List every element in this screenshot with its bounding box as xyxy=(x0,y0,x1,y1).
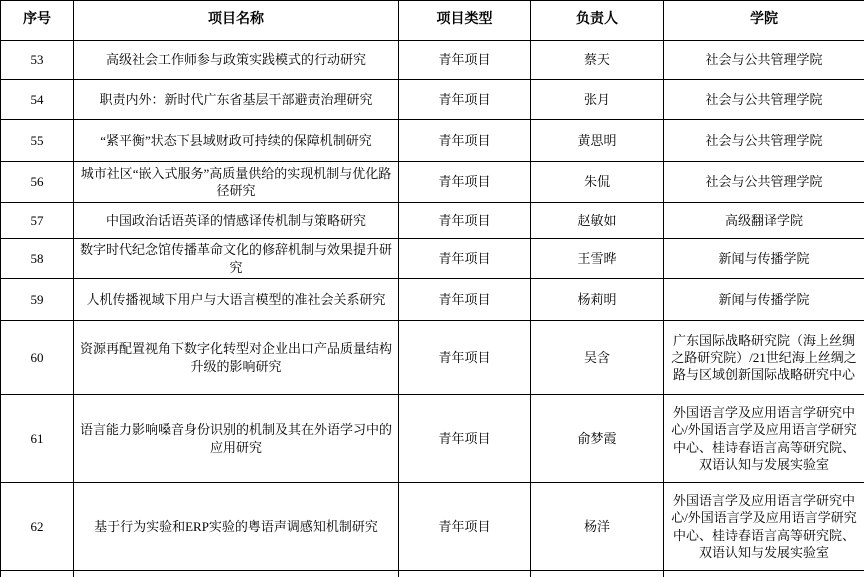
column-header-no: 序号 xyxy=(1,1,74,41)
table-row: 60资源再配置视角下数字化转型对企业出口产品质量结构升级的影响研究青年项目吴含广… xyxy=(1,321,864,395)
cell-name: “紧平衡”状态下县域财政可持续的保障机制研究 xyxy=(74,120,399,162)
cell-college: 广东国际战略研究院（海上丝绸之路研究院）/21世纪海上丝绸之路与区域创新国际战略… xyxy=(664,321,864,395)
cell-college: 新闻与传播学院 xyxy=(664,239,864,279)
table-row: 58数字时代纪念馆传播革命文化的修辞机制与效果提升研究青年项目王雪晔新闻与传播学… xyxy=(1,239,864,279)
cell-name: 数字时代纪念馆传播革命文化的修辞机制与效果提升研究 xyxy=(74,239,399,279)
cell-type: 青年项目 xyxy=(399,41,531,80)
cell-name: 中国政治话语英译的情感译传机制与策略研究 xyxy=(74,203,399,239)
table-body: 53高级社会工作师参与政策实践模式的行动研究青年项目蔡天社会与公共管理学院54职… xyxy=(1,41,864,577)
cell-college: 社会与公共管理学院 xyxy=(664,41,864,80)
cell-no: 58 xyxy=(1,239,74,279)
cell-leader: 杨莉明 xyxy=(531,279,664,321)
cell-leader: 王雪晔 xyxy=(531,239,664,279)
cell-no: 57 xyxy=(1,203,74,239)
cell-type: 青年项目 xyxy=(399,239,531,279)
column-header-leader: 负责人 xyxy=(531,1,664,41)
table-row: 56城市社区“嵌入式服务”高质量供给的实现机制与优化路径研究青年项目朱侃社会与公… xyxy=(1,162,864,203)
cell-type: 青年项目 xyxy=(399,162,531,203)
cell-type: 青年项目 xyxy=(399,80,531,120)
cell-empty xyxy=(74,571,399,577)
cell-leader: 杨洋 xyxy=(531,483,664,571)
cell-leader: 俞梦霞 xyxy=(531,395,664,483)
cell-college: 外国语言学及应用语言学研究中心/外国语言学及应用语言学研究中心、桂诗春语言高等研… xyxy=(664,483,864,571)
cell-name: 人机传播视域下用户与大语言模型的准社会关系研究 xyxy=(74,279,399,321)
column-header-college: 学院 xyxy=(664,1,864,41)
table-row-partial xyxy=(1,571,864,577)
cell-type: 青年项目 xyxy=(399,321,531,395)
table-row: 62基于行为实验和ERP实验的粤语声调感知机制研究青年项目杨洋外国语言学及应用语… xyxy=(1,483,864,571)
table-row: 61语言能力影响嗓音身份识别的机制及其在外语学习中的应用研究青年项目俞梦霞外国语… xyxy=(1,395,864,483)
column-header-name: 项目名称 xyxy=(74,1,399,41)
cell-type: 青年项目 xyxy=(399,483,531,571)
cell-name: 语言能力影响嗓音身份识别的机制及其在外语学习中的应用研究 xyxy=(74,395,399,483)
cell-name: 基于行为实验和ERP实验的粤语声调感知机制研究 xyxy=(74,483,399,571)
cell-no: 59 xyxy=(1,279,74,321)
cell-no: 53 xyxy=(1,41,74,80)
column-header-type: 项目类型 xyxy=(399,1,531,41)
cell-type: 青年项目 xyxy=(399,395,531,483)
cell-empty xyxy=(1,571,74,577)
project-list-table: 序号 项目名称 项目类型 负责人 学院 53高级社会工作师参与政策实践模式的行动… xyxy=(0,0,864,577)
cell-empty xyxy=(664,571,864,577)
cell-type: 青年项目 xyxy=(399,120,531,162)
cell-no: 55 xyxy=(1,120,74,162)
table-row: 55“紧平衡”状态下县域财政可持续的保障机制研究青年项目黄思明社会与公共管理学院 xyxy=(1,120,864,162)
cell-name: 城市社区“嵌入式服务”高质量供给的实现机制与优化路径研究 xyxy=(74,162,399,203)
table-header-row: 序号 项目名称 项目类型 负责人 学院 xyxy=(1,1,864,41)
cell-college: 社会与公共管理学院 xyxy=(664,162,864,203)
cell-empty xyxy=(399,571,531,577)
cell-no: 54 xyxy=(1,80,74,120)
cell-name: 资源再配置视角下数字化转型对企业出口产品质量结构升级的影响研究 xyxy=(74,321,399,395)
cell-no: 60 xyxy=(1,321,74,395)
cell-college: 高级翻译学院 xyxy=(664,203,864,239)
cell-leader: 张月 xyxy=(531,80,664,120)
cell-college: 社会与公共管理学院 xyxy=(664,80,864,120)
cell-leader: 黄思明 xyxy=(531,120,664,162)
cell-college: 社会与公共管理学院 xyxy=(664,120,864,162)
table-row: 54职责内外：新时代广东省基层干部避责治理研究青年项目张月社会与公共管理学院 xyxy=(1,80,864,120)
cell-no: 62 xyxy=(1,483,74,571)
cell-no: 61 xyxy=(1,395,74,483)
cell-college: 外国语言学及应用语言学研究中心/外国语言学及应用语言学研究中心、桂诗春语言高等研… xyxy=(664,395,864,483)
cell-leader: 蔡天 xyxy=(531,41,664,80)
cell-type: 青年项目 xyxy=(399,279,531,321)
table-row: 59人机传播视域下用户与大语言模型的准社会关系研究青年项目杨莉明新闻与传播学院 xyxy=(1,279,864,321)
cell-leader: 朱侃 xyxy=(531,162,664,203)
cell-name: 高级社会工作师参与政策实践模式的行动研究 xyxy=(74,41,399,80)
cell-no: 56 xyxy=(1,162,74,203)
cell-leader: 吴含 xyxy=(531,321,664,395)
cell-empty xyxy=(531,571,664,577)
cell-college: 新闻与传播学院 xyxy=(664,279,864,321)
cell-name: 职责内外：新时代广东省基层干部避责治理研究 xyxy=(74,80,399,120)
cell-type: 青年项目 xyxy=(399,203,531,239)
table-row: 57中国政治话语英译的情感译传机制与策略研究青年项目赵敏如高级翻译学院 xyxy=(1,203,864,239)
cell-leader: 赵敏如 xyxy=(531,203,664,239)
table-row: 53高级社会工作师参与政策实践模式的行动研究青年项目蔡天社会与公共管理学院 xyxy=(1,41,864,80)
